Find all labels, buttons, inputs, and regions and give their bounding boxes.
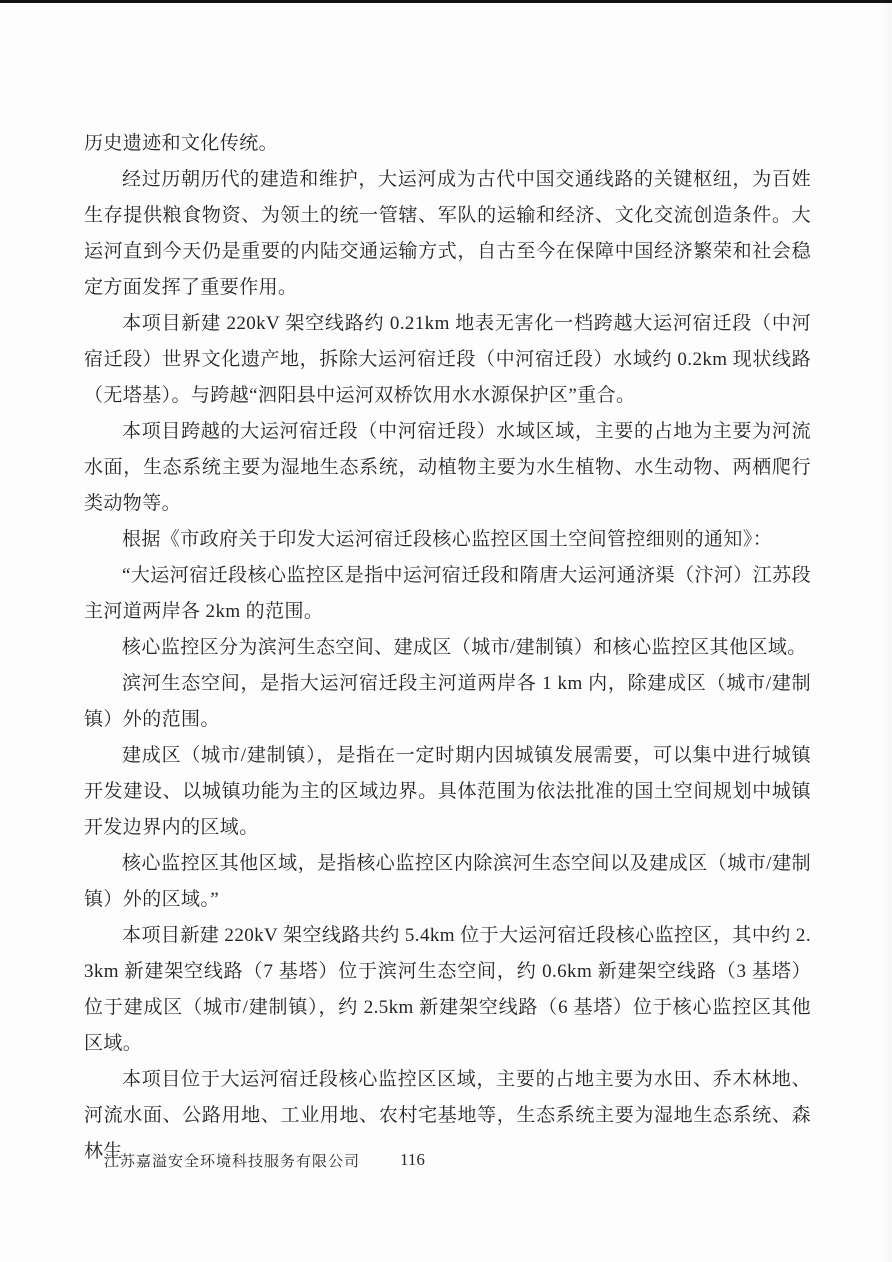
paragraph: 本项目新建 220kV 架空线路共约 5.4km 位于大运河宿迁段核心监控区，其… xyxy=(84,918,811,1062)
paragraph: 建成区（城市/建制镇），是指在一定时期内因城镇发展需要，可以集中进行城镇开发建设… xyxy=(84,738,811,846)
paragraph: 经过历朝历代的建造和维护，大运河成为古代中国交通线路的关键枢纽，为百姓生存提供粮… xyxy=(84,162,811,306)
paragraph: 本项目新建 220kV 架空线路约 0.21km 地表无害化一档跨越大运河宿迁段… xyxy=(84,306,811,414)
document-body: 历史遗迹和文化传统。 经过历朝历代的建造和维护，大运河成为古代中国交通线路的关键… xyxy=(84,126,811,1170)
paragraph: 本项目跨越的大运河宿迁段（中河宿迁段）水域区域，主要的占地为主要为河流水面，生态… xyxy=(84,414,811,522)
paragraph: 核心监控区分为滨河生态空间、建成区（城市/建制镇）和核心监控区其他区域。 xyxy=(84,630,811,666)
footer-company-name: 江苏嘉溢安全环境科技服务有限公司 xyxy=(104,1150,360,1171)
page-right-shade xyxy=(882,0,892,1262)
paragraph: 根据《市政府关于印发大运河宿迁段核心监控区国土空间管控细则的通知》： xyxy=(84,522,811,558)
page-footer: 江苏嘉溢安全环境科技服务有限公司 116 xyxy=(0,1150,892,1174)
page-top-edge xyxy=(0,0,892,3)
page-number: 116 xyxy=(400,1150,425,1170)
paragraph: 历史遗迹和文化传统。 xyxy=(84,126,811,162)
paragraph: 滨河生态空间，是指大运河宿迁段主河道两岸各 1 km 内，除建成区（城市/建制镇… xyxy=(84,666,811,738)
paragraph: “大运河宿迁段核心监控区是指中运河宿迁段和隋唐大运河通济渠（汴河）江苏段主河道两… xyxy=(84,558,811,630)
document-page: { "document": { "paragraphs": [ { "text"… xyxy=(0,0,892,1262)
paragraph: 核心监控区其他区域，是指核心监控区内除滨河生态空间以及建成区（城市/建制镇）外的… xyxy=(84,846,811,918)
